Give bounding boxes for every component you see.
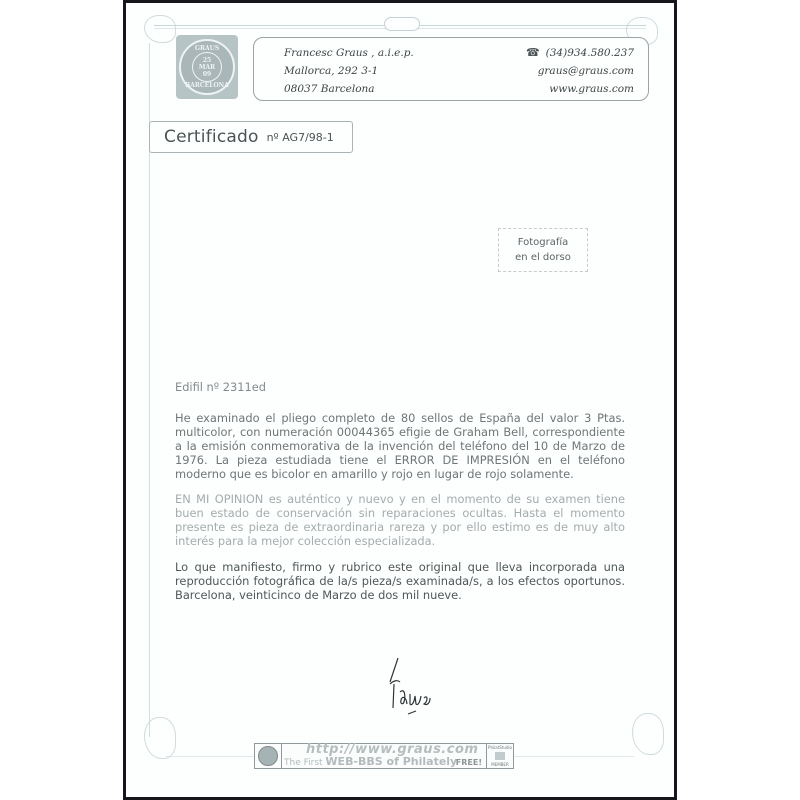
letterhead-card: Francesc Graus , a.i.e.p. Mallorca, 292 … bbox=[253, 37, 649, 101]
globe-logo-icon bbox=[255, 744, 282, 768]
free-label: FREE! bbox=[456, 758, 482, 767]
certificate-title: Certificado bbox=[164, 127, 259, 147]
seal-top-text: GRAUS bbox=[195, 45, 219, 52]
flourish-ornament-icon bbox=[144, 15, 176, 43]
seal-month: MAR bbox=[199, 64, 215, 71]
photo-note-box: Fotografía en el dorso bbox=[498, 228, 588, 272]
examination-paragraph: He examinado el pliego completo de 80 se… bbox=[175, 411, 625, 481]
certificate-body: Edifil nº 2311ed He examinado el pliego … bbox=[175, 380, 625, 613]
seal-year: 09 bbox=[203, 71, 211, 78]
telephone-icon: ☎ bbox=[526, 46, 540, 59]
phone-number: (34)934.580.237 bbox=[546, 47, 634, 59]
company-name: Francesc Graus , a.i.e.p. bbox=[284, 44, 414, 62]
flourish-ornament-icon bbox=[144, 717, 176, 759]
seal-day: 25 bbox=[203, 57, 211, 64]
graus-seal-stamp: GRAUS 25 MAR 09 BARCELONA bbox=[176, 35, 238, 99]
badge-bottom-text: MEMBER bbox=[487, 762, 513, 767]
email-link[interactable]: graus@graus.com bbox=[526, 62, 634, 80]
address-street: Mallorca, 292 3-1 bbox=[284, 62, 414, 80]
photo-note-line2: en el dorso bbox=[515, 250, 571, 265]
certificate-page: GRAUS 25 MAR 09 BARCELONA Francesc Graus… bbox=[123, 0, 677, 800]
badge-top-text: PhilatStudio bbox=[487, 745, 513, 750]
center-ornament-icon bbox=[384, 17, 420, 31]
tagline-prefix: The First bbox=[284, 758, 323, 768]
certificate-number: nº AG7/98-1 bbox=[267, 131, 334, 144]
tagline-main: WEB-BBS of Philately bbox=[325, 755, 457, 768]
graus-web-banner[interactable]: http://www.graus.com The First WEB-BBS o… bbox=[254, 743, 514, 769]
seal-bottom-text: BARCELONA bbox=[185, 82, 229, 89]
address-city: 08037 Barcelona bbox=[284, 80, 414, 98]
photo-note-line1: Fotografía bbox=[515, 235, 571, 250]
website-link[interactable]: www.graus.com bbox=[526, 80, 634, 98]
edifil-catalog-number: Edifil nº 2311ed bbox=[175, 380, 625, 394]
opinion-paragraph: EN MI OPINION es auténtico y nuevo y en … bbox=[175, 492, 625, 548]
declaration-paragraph: Lo que manifiesto, firmo y rubrico este … bbox=[175, 560, 625, 602]
certificate-heading: Certificado nº AG7/98-1 bbox=[149, 121, 353, 153]
member-badge: PhilatStudio MEMBER bbox=[486, 744, 513, 768]
signature bbox=[384, 658, 444, 718]
flourish-ornament-icon bbox=[632, 713, 664, 755]
badge-mark-icon bbox=[495, 752, 505, 760]
banner-tagline: The First WEB-BBS of Philately bbox=[284, 755, 457, 768]
